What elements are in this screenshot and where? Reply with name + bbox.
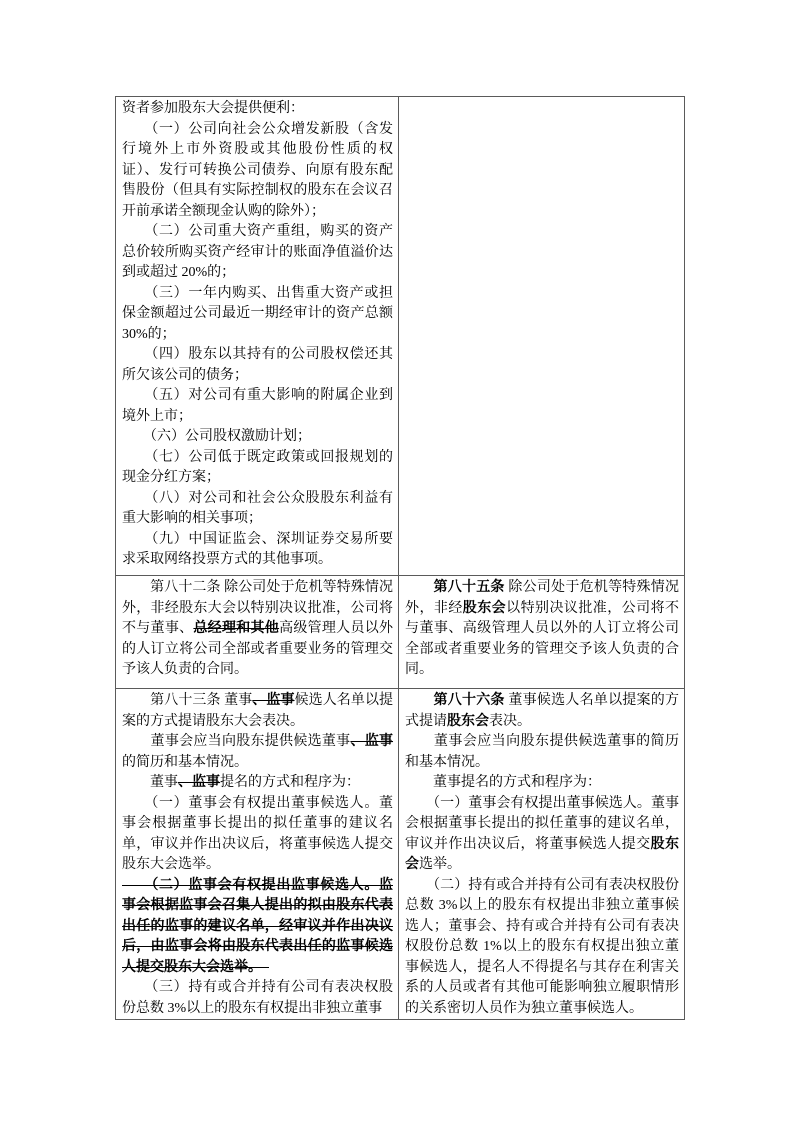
paragraph: （一）董事会有权提出董事候选人。董事会根据董事长提出的拟任董事的建议名单，审议并…: [122, 794, 393, 876]
text-run: （九）中国证监会、深圳证券交易所要求采取网络投票方式的其他事项。: [122, 532, 393, 568]
bold-text-run: 股东会: [447, 714, 489, 729]
paragraph: （四）股东以其持有的公司股权偿还其所欠该公司的债务；: [122, 345, 393, 386]
deleted-text-run: 、监事: [350, 734, 393, 749]
paragraph: 董事、监事提名的方式和程序为：: [122, 773, 393, 794]
paragraph: （二）持有或合并持有公司有表决权股份总数 3%以上的股东有权提出非独立董事候选人…: [405, 876, 679, 1020]
deleted-text-run: （二）监事会有权提出监事候选人。监事会根据监事会召集人提出的拟由股东代表出任的监…: [122, 878, 393, 975]
text-run: 表决。: [489, 714, 531, 729]
deleted-text-run: 、监事: [252, 693, 294, 708]
text-run: （七）公司低于既定政策或回报规划的现金分红方案；: [122, 450, 393, 486]
paragraph: 董事会应当向股东提供候选董事的简历和基本情况。: [405, 732, 679, 773]
cell-old-article-83: 第八十三条 董事、监事候选人名单以提案的方式提请股东大会表决。 董事会应当向股东…: [116, 689, 399, 1020]
table-row: 第八十三条 董事、监事候选人名单以提案的方式提请股东大会表决。 董事会应当向股东…: [116, 689, 685, 1020]
paragraph: （五）对公司有重大影响的附属企业到境外上市；: [122, 386, 393, 427]
text-run: 资者参加股东大会提供便利：: [122, 101, 304, 116]
document-page: 资者参加股东大会提供便利： （一）公司向社会公众增发新股（含发行境外上市外资股或…: [0, 0, 794, 1122]
paragraph: （三）持有或合并持有公司有表决权股份总数 3%以上的股东有权提出非独立董事: [122, 978, 393, 1019]
paragraph: 第八十六条 董事候选人名单以提案的方式提请股东会表决。: [405, 691, 679, 732]
text-run: （六）公司股权激励计划；: [122, 429, 311, 444]
text-run: 董事会应当向股东提供候选董事的简历和基本情况。: [405, 734, 679, 770]
text-run: [405, 693, 433, 708]
deleted-text-run: 总经理和其他: [193, 621, 279, 636]
bold-text-run: 第八十五条: [433, 580, 504, 595]
text-run: 选举。: [419, 857, 461, 872]
text-run: （三）持有或合并持有公司有表决权股份总数 3%以上的股东有权提出非独立董事: [122, 980, 393, 1016]
table-row: 资者参加股东大会提供便利： （一）公司向社会公众增发新股（含发行境外上市外资股或…: [116, 97, 685, 576]
paragraph: 董事会应当向股东提供候选董事、监事的简历和基本情况。: [122, 732, 393, 773]
paragraph: （一）公司向社会公众增发新股（含发行境外上市外资股或其他股份性质的权证）、发行可…: [122, 120, 393, 223]
text-run: （一）董事会有权提出董事候选人。董事会根据董事长提出的拟任董事的建议名单，审议并…: [122, 796, 393, 873]
text-run: （八）对公司和社会公众股股东利益有重大影响的相关事项；: [122, 491, 393, 527]
text-run: 董事会应当向股东提供候选董事: [122, 734, 350, 749]
text-run: [405, 580, 433, 595]
paragraph: 董事提名的方式和程序为：: [405, 773, 679, 794]
cell-new-article-86: 第八十六条 董事候选人名单以提案的方式提请股东会表决。 董事会应当向股东提供候选…: [399, 689, 685, 1020]
table-row: 第八十二条 除公司处于危机等特殊情况外，非经股东大会以特别决议批准，公司将不与董…: [116, 576, 685, 689]
bold-text-run: 股东会: [463, 601, 506, 616]
paragraph: 第八十三条 董事、监事候选人名单以提案的方式提请股东大会表决。: [122, 691, 393, 732]
text-run: 董事提名的方式和程序为：: [405, 775, 601, 790]
paragraph: （三）一年内购买、出售重大资产或担保金额超过公司最近一期经审计的资产总额 30%…: [122, 284, 393, 346]
text-run: （二）公司重大资产重组，购买的资产总价较所购买资产经审计的账面净值溢价达到或超过…: [122, 224, 393, 280]
paragraph: （二）监事会有权提出监事候选人。监事会根据监事会召集人提出的拟由股东代表出任的监…: [122, 876, 393, 979]
deleted-text-run: 、监事: [178, 775, 220, 790]
text-run: （四）股东以其持有的公司股权偿还其所欠该公司的债务；: [122, 347, 393, 383]
cell-old-article-82: 第八十二条 除公司处于危机等特殊情况外，非经股东大会以特别决议批准，公司将不与董…: [116, 576, 399, 689]
bold-text-run: 第八十六条: [433, 693, 504, 708]
paragraph: 资者参加股东大会提供便利：: [122, 99, 393, 120]
text-run: （二）持有或合并持有公司有表决权股份总数 3%以上的股东有权提出非独立董事候选人…: [405, 878, 679, 1016]
paragraph: （八）对公司和社会公众股股东利益有重大影响的相关事项；: [122, 489, 393, 530]
text-run: 的简历和基本情况。: [122, 755, 248, 770]
paragraph: （七）公司低于既定政策或回报规划的现金分红方案；: [122, 448, 393, 489]
text-run: （五）对公司有重大影响的附属企业到境外上市；: [122, 388, 393, 424]
cell-old-text: 资者参加股东大会提供便利： （一）公司向社会公众增发新股（含发行境外上市外资股或…: [116, 97, 399, 576]
paragraph: （一）董事会有权提出董事候选人。董事会根据董事长提出的拟任董事的建议名单，审议并…: [405, 794, 679, 876]
text-run: 董事: [122, 775, 178, 790]
text-run: （一）董事会有权提出董事候选人。董事会根据董事长提出的拟任董事的建议名单，审议并…: [405, 796, 679, 852]
paragraph: 第八十二条 除公司处于危机等特殊情况外，非经股东大会以特别决议批准，公司将不与董…: [122, 578, 393, 681]
text-run: （三）一年内购买、出售重大资产或担保金额超过公司最近一期经审计的资产总额 30%…: [122, 286, 393, 342]
text-run: 第八十三条 董事: [122, 693, 252, 708]
cell-new-text-empty: [399, 97, 685, 576]
text-run: 提名的方式和程序为：: [220, 775, 360, 790]
paragraph: 第八十五条 除公司处于危机等特殊情况外，非经股东会以特别决议批准，公司将不与董事…: [405, 578, 679, 681]
comparison-table: 资者参加股东大会提供便利： （一）公司向社会公众增发新股（含发行境外上市外资股或…: [115, 96, 685, 1020]
paragraph: （六）公司股权激励计划；: [122, 427, 393, 448]
cell-new-article-85: 第八十五条 除公司处于危机等特殊情况外，非经股东会以特别决议批准，公司将不与董事…: [399, 576, 685, 689]
text-run: （一）公司向社会公众增发新股（含发行境外上市外资股或其他股份性质的权证）、发行可…: [122, 122, 393, 219]
paragraph: （九）中国证监会、深圳证券交易所要求采取网络投票方式的其他事项。: [122, 530, 393, 571]
paragraph: （二）公司重大资产重组，购买的资产总价较所购买资产经审计的账面净值溢价达到或超过…: [122, 222, 393, 284]
